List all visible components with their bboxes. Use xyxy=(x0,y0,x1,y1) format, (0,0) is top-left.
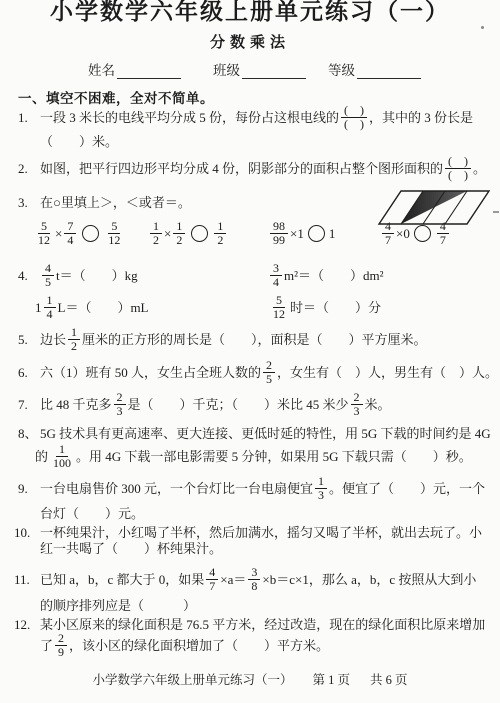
comparison-circle xyxy=(191,225,208,242)
operator: ×0 xyxy=(396,226,410,242)
question-2-line-1: 2. 如图，把平行四边形平均分成 4 份，阴影部分的面积占整个图形面积的 ( )… xyxy=(18,155,486,183)
fraction: 23 xyxy=(351,391,363,419)
fraction-numerator: 4 xyxy=(206,566,218,580)
fraction-numerator: 7 xyxy=(64,220,76,234)
fraction: 512 xyxy=(270,294,288,322)
fraction-numerator: 4 xyxy=(42,262,54,276)
fraction: 512 xyxy=(105,220,123,248)
question-7: 7. 比 48 千克多 23 是（ ）千克；（ ）米比 45 米少 23 米。 xyxy=(18,391,391,419)
question-3-prompt: 3. 在○里填上＞，＜或者＝。 xyxy=(18,195,191,211)
whole-number: 1 xyxy=(35,300,42,316)
question-1-line-1: 1. 一段 3 米长的电线平均分成 5 份，每份占这根电线的 ( ) ( ) ，… xyxy=(18,104,473,132)
question-number: 1. xyxy=(18,110,40,126)
fraction: 34 xyxy=(270,262,282,290)
q3-expression-a: 512 × 74 512 xyxy=(33,220,125,248)
fraction-numerator: ( ) xyxy=(445,155,471,169)
question-6: 6. 六（1）班有 50 人，女生占全班人数的 25 ，女生有（ ）人，男生有（… xyxy=(18,359,498,387)
fraction: 45 xyxy=(42,262,54,290)
question-text: 。 xyxy=(473,161,486,177)
fraction-denominator: 5 xyxy=(42,276,54,289)
question-9-line-1: 9. 一台电扇售价 300 元，一个台灯比一台电扇便宜 13 。便宜了（ ）元，… xyxy=(18,475,485,503)
question-text: ×b＝c×1，那么 a，b，c 按照从大到小 xyxy=(262,572,476,588)
fraction-denominator: 99 xyxy=(270,234,288,247)
fraction-numerator: 3 xyxy=(270,262,282,276)
fraction-denominator: 7 xyxy=(206,580,218,593)
fraction-numerator: 5 xyxy=(38,220,50,234)
q4-cell-a: 4. 45 t＝（ ）kg xyxy=(18,262,138,290)
fraction: 25 xyxy=(263,359,275,387)
name-blank xyxy=(117,63,181,79)
fraction-denominator: 3 xyxy=(315,489,327,502)
fraction-denominator: 9 xyxy=(55,646,67,659)
fraction-numerator: 5 xyxy=(108,220,120,234)
question-number: 9. xyxy=(18,481,40,497)
fraction-numerator: 1 xyxy=(68,326,80,340)
fraction-numerator: 1 xyxy=(315,475,327,489)
question-text: 5G 技术具有更高速率、更大连接、更低时延的特性，用 5G 下载的时间约是 4G xyxy=(40,426,491,442)
fraction-denominator: ( ) xyxy=(445,169,471,182)
question-text: 六（1）班有 50 人，女生占全班人数的 xyxy=(40,365,261,381)
footer-page-number: 第 1 页 xyxy=(312,670,350,688)
q3-expression-d: 47 ×0 47 xyxy=(380,220,451,248)
page-title: 小学数学六年级上册单元练习（一） xyxy=(0,0,500,26)
question-number: 2. xyxy=(18,161,40,177)
question-9-line-2: 台灯（ ）元。 xyxy=(40,506,144,522)
value: 1 xyxy=(329,226,336,242)
fraction-denominator: 3 xyxy=(351,405,363,418)
question-8-line-1: 8、 5G 技术具有更高速率、更大连接、更低时延的特性，用 5G 下载的时间约是… xyxy=(18,426,491,442)
q3-expression-b: 12 × 12 12 xyxy=(148,220,228,248)
question-number: 5. xyxy=(18,332,40,348)
question-text: 一段 3 米长的电线平均分成 5 份，每份占这根电线的 xyxy=(40,110,339,126)
question-text: 米。 xyxy=(365,397,391,413)
blank-fraction: ( ) ( ) xyxy=(341,104,367,132)
scan-artifact-dash xyxy=(493,211,499,213)
question-text: 边长 xyxy=(40,332,66,348)
question-8-line-2: 的 1100 。用 4G 下载一部电影需要 5 分钟，如果用 5G 下载只需（ … xyxy=(35,443,472,471)
question-number: 10. xyxy=(14,525,40,541)
question-text: 的顺序排列应是（ ） xyxy=(40,598,196,614)
page-footer: 小学数学六年级上册单元练习（一） 第 1 页 共 6 页 xyxy=(0,670,500,688)
fraction-numerator: 1 xyxy=(173,220,185,234)
fraction-numerator: 1 xyxy=(56,443,68,457)
class-blank xyxy=(242,63,306,79)
fraction-denominator: 100 xyxy=(50,457,74,470)
fraction: 23 xyxy=(114,391,126,419)
class-label: 班级 xyxy=(213,59,240,79)
name-field: 姓名 xyxy=(88,59,181,79)
question-12-line-2: 了 29 ，该小区的绿化面积增加了（ ）平方米。 xyxy=(40,632,329,660)
question-text: 已知 a，b，c 都大于 0，如果 xyxy=(40,572,204,588)
question-text: 的 xyxy=(35,449,48,465)
fraction-denominator: 5 xyxy=(263,373,275,386)
fraction-numerator: 1 xyxy=(150,220,162,234)
fraction-numerator: 1 xyxy=(44,294,56,308)
grade-blank xyxy=(357,63,421,79)
fraction: 12 xyxy=(173,220,185,248)
question-text: 如图，把平行四边形平均分成 4 份，阴影部分的面积占整个图形面积的 xyxy=(40,161,443,177)
operator: × xyxy=(55,226,62,242)
fraction: 512 xyxy=(35,220,53,248)
fraction-denominator: 3 xyxy=(114,405,126,418)
fraction: 14 xyxy=(44,294,56,322)
question-number: 3. xyxy=(18,195,40,211)
fraction-denominator: 7 xyxy=(382,234,394,247)
question-1-line-2: （ ）米。 xyxy=(40,134,118,150)
question-number: 12. xyxy=(14,617,40,633)
fraction-denominator: ( ) xyxy=(341,118,367,131)
fraction: 74 xyxy=(64,220,76,248)
fraction-numerator: 4 xyxy=(437,220,449,234)
fraction-numerator: 98 xyxy=(270,220,288,234)
fraction: 47 xyxy=(206,566,218,594)
fraction-numerator: 2 xyxy=(351,391,363,405)
operator: ×1 xyxy=(290,226,304,242)
question-text: m²＝（ ）dm² xyxy=(284,268,384,284)
grade-field: 等级 xyxy=(328,59,421,79)
question-12-line-1: 12. 某小区原来的绿化面积是 76.5 平方米，经过改造，现在的绿化面积比原来… xyxy=(14,617,485,633)
fraction-denominator: 12 xyxy=(105,234,123,247)
footer-title: 小学数学六年级上册单元练习（一） xyxy=(92,670,292,688)
q4-cell-d: 512 时＝（ ）分 xyxy=(268,294,381,322)
question-number: 4. xyxy=(18,268,40,284)
fraction: 12 xyxy=(150,220,162,248)
fraction: 38 xyxy=(248,566,260,594)
fraction-denominator: 8 xyxy=(248,580,260,593)
question-text: 在○里填上＞，＜或者＝。 xyxy=(40,195,191,211)
question-number: 7. xyxy=(18,397,40,413)
worksheet-page: 小学数学六年级上册单元练习（一） 分数乘法 姓名 班级 等级 一、填空不困难，全… xyxy=(0,0,500,703)
fraction-numerator: ( ) xyxy=(341,104,367,118)
grade-label: 等级 xyxy=(328,59,355,79)
question-text: ，其中的 3 份长是 xyxy=(369,110,473,126)
fraction: 12 xyxy=(214,220,226,248)
page-subtitle: 分数乘法 xyxy=(0,31,500,52)
question-text: L＝（ ）mL xyxy=(58,300,149,316)
question-text: t＝（ ）kg xyxy=(56,268,138,284)
question-text: （ ）米。 xyxy=(40,134,118,150)
fraction-denominator: 2 xyxy=(68,340,80,353)
question-text: 比 48 千克多 xyxy=(40,397,112,413)
question-text: 一杯纯果汁，小红喝了半杯，然后加满水，摇匀又喝了半杯，就出去玩了。小 xyxy=(40,525,482,541)
fraction-denominator: 4 xyxy=(64,234,76,247)
fraction-numerator: 2 xyxy=(263,359,275,373)
fraction: 29 xyxy=(55,632,67,660)
fraction-denominator: 7 xyxy=(437,234,449,247)
fraction-numerator: 1 xyxy=(214,220,226,234)
q4-cell-c: 1 14 L＝（ ）mL xyxy=(35,294,149,322)
fraction-denominator: 12 xyxy=(35,234,53,247)
fraction-numerator: 2 xyxy=(55,632,67,646)
question-11-line-2: 的顺序排列应是（ ） xyxy=(40,598,196,614)
q3-expression-c: 9899 ×1 1 xyxy=(268,220,335,248)
fraction: 13 xyxy=(315,475,327,503)
question-text: 厘米的正方形的周长是（ ），面积是（ ）平方厘米。 xyxy=(82,332,427,348)
question-10-line-1: 10. 一杯纯果汁，小红喝了半杯，然后加满水，摇匀又喝了半杯，就出去玩了。小 xyxy=(14,525,482,541)
operator: × xyxy=(164,226,171,242)
fraction-denominator: 4 xyxy=(44,308,56,321)
blank-fraction: ( ) ( ) xyxy=(445,155,471,183)
fraction: 47 xyxy=(437,220,449,248)
question-5: 5. 边长 12 厘米的正方形的周长是（ ），面积是（ ）平方厘米。 xyxy=(18,326,427,354)
fraction-numerator: 2 xyxy=(114,391,126,405)
question-text: 。便宜了（ ）元，一个 xyxy=(329,481,485,497)
question-number: 6. xyxy=(18,365,40,381)
fraction-numerator: 3 xyxy=(248,566,260,580)
question-number: 11. xyxy=(14,572,40,588)
comparison-circle xyxy=(414,225,431,242)
question-text: ，该小区的绿化面积增加了（ ）平方米。 xyxy=(69,638,329,654)
fraction-numerator: 5 xyxy=(273,294,285,308)
question-text: 台灯（ ）元。 xyxy=(40,506,144,522)
question-text: 时＝（ ）分 xyxy=(290,300,381,316)
fraction-denominator: 2 xyxy=(214,234,226,247)
fraction: 9899 xyxy=(270,220,288,248)
question-10-line-2: 红一共喝了（ ）杯纯果汁。 xyxy=(40,541,222,557)
fraction-denominator: 2 xyxy=(150,234,162,247)
question-text: 。用 4G 下载一部电影需要 5 分钟，如果用 5G 下载只需（ ）秒。 xyxy=(76,449,472,465)
fraction: 1100 xyxy=(50,443,74,471)
fraction: 47 xyxy=(382,220,394,248)
class-field: 班级 xyxy=(213,59,306,79)
question-number: 8、 xyxy=(18,426,40,442)
question-text: ×a＝ xyxy=(220,572,246,588)
fraction-denominator: 2 xyxy=(173,234,185,247)
question-text: 红一共喝了（ ）杯纯果汁。 xyxy=(40,541,222,557)
question-text: ，女生有（ ）人，男生有（ ）人。 xyxy=(277,365,498,381)
fraction: 12 xyxy=(68,326,80,354)
comparison-circle xyxy=(308,225,325,242)
fraction-denominator: 4 xyxy=(270,276,282,289)
q4-cell-b: 34 m²＝（ ）dm² xyxy=(268,262,384,290)
question-text: 了 xyxy=(40,638,53,654)
comparison-circle xyxy=(82,225,99,242)
fraction-numerator: 4 xyxy=(382,220,394,234)
question-text: 是（ ）千克；（ ）米比 45 米少 xyxy=(128,397,349,413)
fraction-denominator: 12 xyxy=(270,308,288,321)
question-11-line-1: 11. 已知 a，b，c 都大于 0，如果 47 ×a＝ 38 ×b＝c×1，那… xyxy=(14,566,476,594)
scan-artifact-dot xyxy=(481,26,484,29)
footer-page-total: 共 6 页 xyxy=(370,670,408,688)
name-label: 姓名 xyxy=(88,59,115,79)
question-text: 一台电扇售价 300 元，一个台灯比一台电扇便宜 xyxy=(40,481,313,497)
question-text: 某小区原来的绿化面积是 76.5 平方米，经过改造，现在的绿化面积比原来增加 xyxy=(40,617,485,633)
